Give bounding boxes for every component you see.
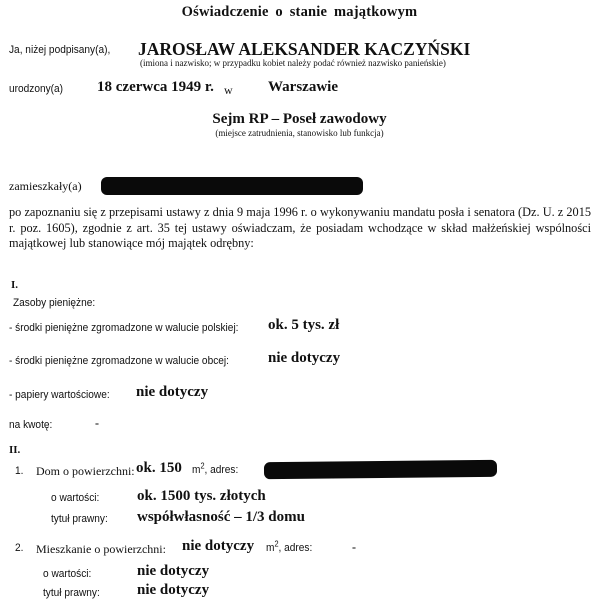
apartment-title-value: nie dotyczy — [137, 582, 209, 599]
section-2-heading: II. — [9, 444, 20, 456]
birth-place: Warszawie — [268, 79, 338, 96]
section-1-heading: I. — [11, 279, 18, 291]
apartment-address-label: , adres: — [279, 542, 313, 554]
apartment-area-value: nie dotyczy — [182, 538, 254, 555]
apartment-number: 2. — [15, 542, 23, 554]
apartment-address-value: - — [352, 540, 356, 555]
employment-note: (miejsce zatrudnienia, stanowisko lub fu… — [0, 128, 599, 138]
foreign-funds-value: nie dotyczy — [268, 350, 340, 367]
declarant-label: Ja, niżej podpisany(a), — [9, 44, 110, 56]
house-title-value: współwłasność – 1/3 domu — [137, 509, 305, 526]
house-title-label: tytuł prawny: — [51, 513, 108, 525]
birth-label: urodzony(a) — [9, 83, 63, 95]
birth-date: 18 czerwca 1949 r. — [97, 79, 214, 96]
residence-label: zamieszkały(a) — [9, 179, 82, 194]
document-title: Oświadczenie o stanie majątkowym — [0, 4, 599, 21]
declarant-name-note: (imiona i nazwisko; w przypadku kobiet n… — [140, 58, 446, 68]
house-unit: m — [192, 464, 200, 476]
house-address-label: , adres: — [205, 464, 239, 476]
amount-value: - — [95, 416, 99, 431]
intro-paragraph: po zapoznaniu się z przepisami ustawy z … — [9, 205, 591, 252]
foreign-funds-label: - środki pieniężne zgromadzone w walucie… — [9, 355, 229, 367]
pln-funds-label: - środki pieniężne zgromadzone w walucie… — [9, 322, 239, 334]
amount-label: na kwotę: — [9, 419, 52, 431]
apartment-value-label: o wartości: — [43, 568, 91, 580]
securities-value: nie dotyczy — [136, 384, 208, 401]
residence-redaction — [101, 177, 363, 195]
house-value-value: ok. 1500 tys. złotych — [137, 488, 266, 505]
apartment-value-value: nie dotyczy — [137, 563, 209, 580]
declarant-name: JAROSŁAW ALEKSANDER KACZYŃSKI — [138, 39, 470, 60]
house-value-label: o wartości: — [51, 492, 99, 504]
apartment-area-label: Mieszkanie o powierzchni: — [36, 542, 166, 557]
apartment-address-label-group: m2, adres: — [266, 542, 312, 554]
house-area-label: Dom o powierzchni: — [36, 464, 135, 479]
pln-funds-value: ok. 5 tys. zł — [268, 317, 339, 334]
apartment-unit: m — [266, 542, 274, 554]
section-1-subheading: Zasoby pieniężne: — [13, 297, 95, 309]
house-area-value: ok. 150 — [136, 460, 182, 477]
employment-value: Sejm RP – Poseł zawodowy — [0, 111, 599, 128]
house-address-redaction — [264, 460, 497, 479]
securities-label: - papiery wartościowe: — [9, 389, 110, 401]
birth-in-label: w — [224, 83, 233, 98]
apartment-title-label: tytuł prawny: — [43, 587, 100, 599]
house-number: 1. — [15, 465, 23, 477]
house-address-label-group: m2, adres: — [192, 464, 238, 476]
